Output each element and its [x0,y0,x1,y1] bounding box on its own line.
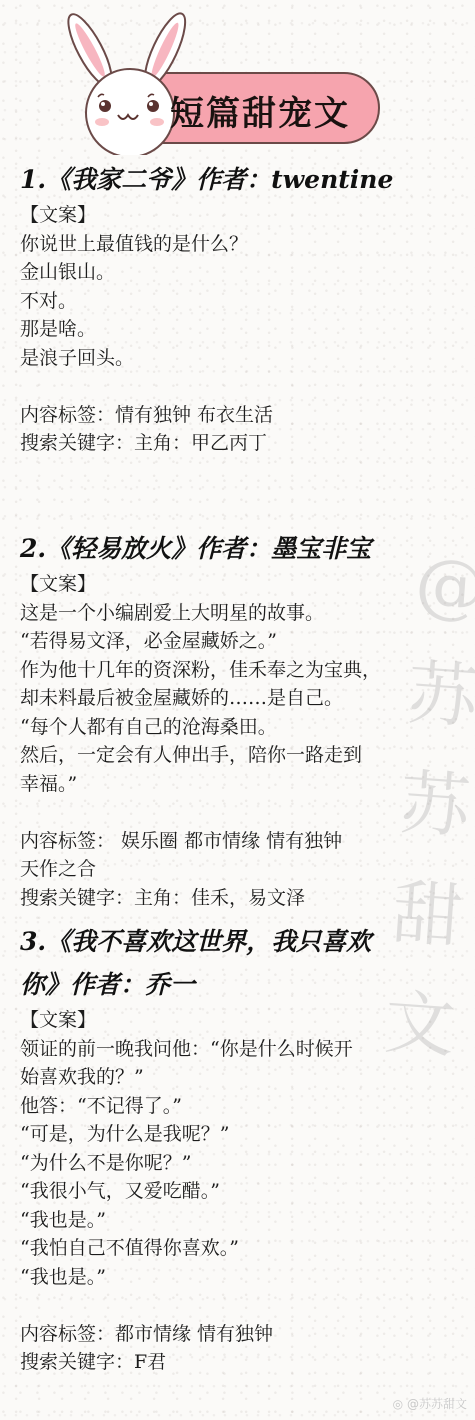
blurb-line: “我很小气，又爱吃醋。” [20,1177,460,1206]
book-title: 2.《轻易放火》作者：墨宝非宝 [20,527,460,570]
blurb-line: 却未料最后被金屋藏娇的……是自己。 [20,684,460,713]
blurb-line: “每个人都有自己的沧海桑田。 [20,713,460,742]
weibo-watermark: ◎ @苏苏甜文 [393,1395,467,1412]
blurb-line: 然后，一定会有人伸出手，陪你一路走到 [20,741,460,770]
blurb-line: 作为他十几年的资深粉，佳禾奉之为宝典， [20,656,460,685]
content-tags: 内容标签： 娱乐圈 都市情缘 情有独钟 [20,827,460,856]
blurb-line: 是浪子回头。 [20,344,460,373]
book-title: 1.《我家二爷》作者：twentine [20,158,460,201]
blurb-line: “我也是。” [20,1206,460,1235]
blurb-line: 那是啥。 [20,315,460,344]
header: 短篇甜宠文 [0,0,475,160]
search-keywords: 搜索关键字：主角：甲乙丙丁 [20,429,460,458]
blurb-line: “为什么不是你呢？” [20,1149,460,1178]
blurb-line: “若得易文泽，必金屋藏娇之。” [20,627,460,656]
blurb-line: “我也是。” [20,1263,460,1292]
blurb-line: 他答：“不记得了。” [20,1092,460,1121]
book-entry-2: 2.《轻易放火》作者：墨宝非宝 【文案】 这是一个小编剧爱上大明星的故事。 “若… [20,527,460,912]
blurb-line: 金山银山。 [20,258,460,287]
blurb-line: 这是一个小编剧爱上大明星的故事。 [20,599,460,628]
blurb-line: 不对。 [20,287,460,316]
weibo-handle: @苏苏甜文 [407,1397,467,1411]
blurb-line: “可是，为什么是我呢？” [20,1120,460,1149]
book-entry-1: 1.《我家二爷》作者：twentine 【文案】 你说世上最值钱的是什么？ 金山… [20,158,460,458]
blurb-line: 你说世上最值钱的是什么？ [20,230,460,259]
weibo-icon: ◎ [393,1397,403,1411]
blurb-label: 【文案】 [20,201,460,230]
search-keywords: 搜索关键字：F君 [20,1348,460,1377]
blurb-line: 幸福。” [20,770,460,799]
content-tags: 内容标签：情有独钟 布衣生活 [20,401,460,430]
blurb-label: 【文案】 [20,570,460,599]
blurb-line: “我怕自己不值得你喜欢。” [20,1234,460,1263]
content-tags: 内容标签：都市情缘 情有独钟 [20,1320,460,1349]
page-title: 短篇甜宠文 [170,86,370,135]
